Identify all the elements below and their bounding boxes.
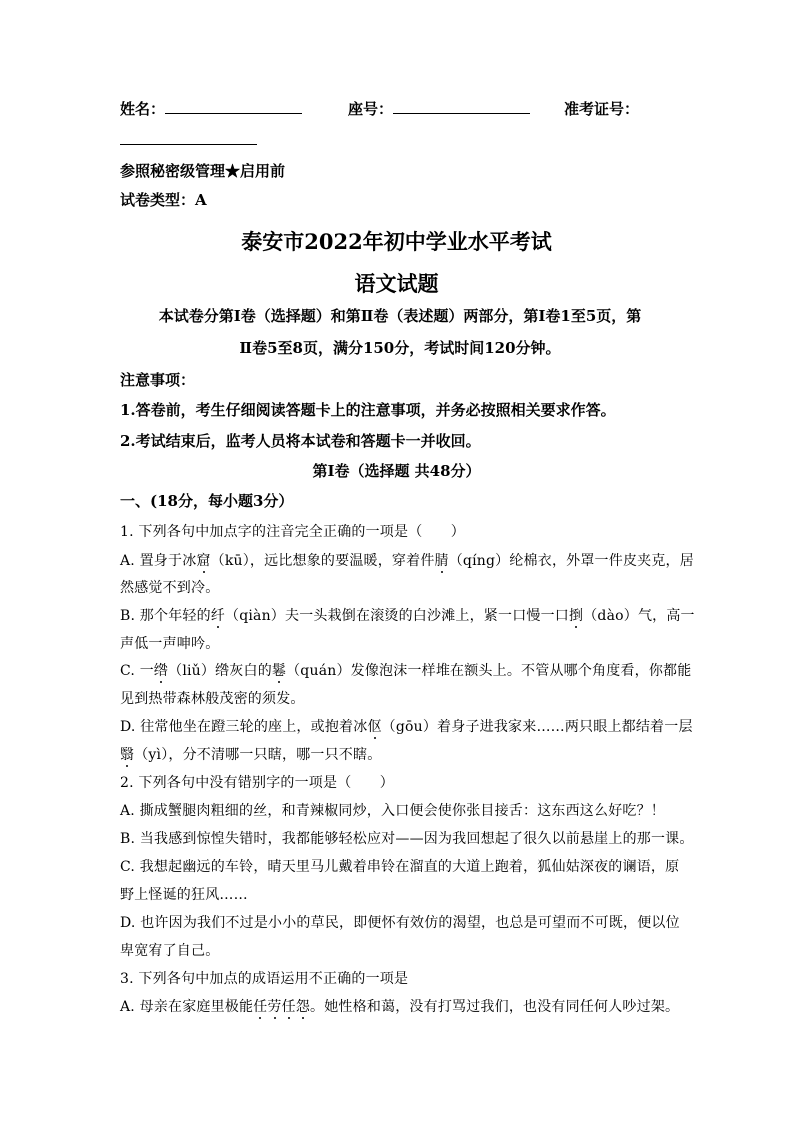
subject-title: 语文试题 [0, 268, 793, 298]
dotted-char: 腈 [435, 553, 449, 569]
text: B. 那个年轻的 [120, 608, 211, 624]
intro-line-2: Ⅱ卷5至8页，满分150分，考试时间120分钟。 [120, 337, 680, 358]
text: （liǔ）绺灰白的 [168, 663, 272, 679]
text: （quán）发像泡沫一样堆在额头上。不管从哪个角度看，你都能 [286, 663, 691, 679]
dotted-char: 翳 [120, 747, 134, 763]
text: 。她性格和蔼，没有打骂过我们，也没有同任何人吵过架。 [310, 999, 679, 1015]
intro-line-1: 本试卷分第Ⅰ卷（选择题）和第Ⅱ卷（表述题）两部分，第Ⅰ卷1至5页，第 [120, 305, 680, 326]
name-blank[interactable] [165, 99, 302, 114]
exam-id-row [120, 130, 257, 149]
seat-label: 座号： [348, 100, 393, 118]
text: A. 置身于冰 [120, 553, 196, 569]
question-3-stem: 3. 下列各句中加点的成语运用不正确的一项是 [120, 968, 408, 988]
dotted-char: 任 [282, 999, 296, 1015]
notice-item-2: 2.考试结束后，监考人员将本试卷和答题卡一并收回。 [120, 430, 481, 451]
text: （kū），远比想象的要温暖，穿着件 [211, 553, 435, 569]
exam-page: 姓名：座号：准考证号： 参照秘密级管理★启用前 试卷类型：A 泰安市2022年初… [0, 0, 793, 1122]
question-1-option-b-cont: 声低一声呻吟。 [120, 633, 219, 653]
dotted-char: 伛 [367, 719, 381, 735]
question-2-option-c-cont: 野上怪诞的狂风…… [120, 884, 248, 904]
student-info-row: 姓名：座号：准考证号： [120, 98, 639, 119]
question-2-option-b: B. 当我感到惊惶失错时，我都能够轻松应对——因为我回想起了很久以前悬崖上的那一… [120, 828, 694, 848]
question-2-stem: 2. 下列各句中没有错别字的一项是（ ） [120, 772, 394, 792]
question-2-option-a: A. 撕成蟹腿肉粗细的丝，和青辣椒同炒，入口便会使你张目接舌：这东西这么好吃？！ [120, 800, 665, 820]
dotted-char: 怨 [296, 999, 310, 1015]
exam-id-label: 准考证号： [564, 100, 639, 118]
notice-item-1: 1.答卷前，考生仔细阅读答题卡上的注意事项，并务必按照相关要求作答。 [120, 399, 616, 420]
dotted-char: 窟 [196, 553, 210, 569]
text: （qíng）纶棉衣，外罩一件皮夹克，居 [449, 553, 694, 569]
notice-heading: 注意事项： [120, 369, 195, 390]
paper-type: 试卷类型：A [120, 189, 207, 210]
question-2-option-d: D. 也许因为我们不过是小小的草民，即便怀有效仿的渴望，也总是可望而不可既，便以… [120, 912, 680, 932]
question-2-option-d-cont: 卑宽宥了自己。 [120, 940, 219, 960]
text: （dào）气，高一 [583, 608, 695, 624]
question-1-option-d-cont: 翳（yì），分不清哪一只瞎，哪一只不瞎。 [120, 744, 381, 764]
seat-blank[interactable] [393, 99, 530, 114]
exam-id-blank[interactable] [120, 130, 257, 145]
question-1-option-a-cont: 然感觉不到冷。 [120, 577, 219, 597]
part-one-heading: 一、(18分，每小题3分） [120, 490, 293, 511]
text: （qiàn）夫一头栽倒在滚烫的白沙滩上，紧一口慢一口 [225, 608, 569, 624]
text: C. 一 [120, 663, 154, 679]
text: （gōu）着身子进我家来……两只眼上都结着一层 [382, 719, 693, 735]
exam-title: 泰安市2022年初中学业水平考试 [0, 226, 793, 256]
dotted-char: 鬈 [272, 663, 286, 679]
question-1-option-d: D. 往常他坐在蹬三轮的座上，或抱着冰伛（gōu）着身子进我家来……两只眼上都结… [120, 716, 693, 736]
dotted-char: 绺 [154, 663, 168, 679]
question-1-option-a: A. 置身于冰窟（kū），远比想象的要温暖，穿着件腈（qíng）纶棉衣，外罩一件… [120, 550, 694, 570]
text: D. 往常他坐在蹬三轮的座上，或抱着冰 [120, 719, 367, 735]
dotted-char: 劳 [267, 999, 281, 1015]
section-heading: 第Ⅰ卷（选择题 共48分） [0, 460, 793, 481]
question-2-option-c: C. 我想起幽远的车铃，晴天里马儿戴着串铃在溜直的大道上跑着，狐仙姑深夜的谰语，… [120, 856, 679, 876]
dotted-char: 任 [253, 999, 267, 1015]
dotted-char: 纤 [211, 608, 225, 624]
text: A. 母亲在家庭里极能 [120, 999, 253, 1015]
question-1-stem: 1. 下列各句中加点字的注音完全正确的一项是（ ） [120, 521, 465, 541]
question-3-option-a: A. 母亲在家庭里极能任劳任怨。她性格和蔼，没有打骂过我们，也没有同任何人吵过架… [120, 996, 679, 1016]
question-1-option-c-cont: 见到热带森林般茂密的须发。 [120, 688, 305, 708]
text: （yì），分不清哪一只瞎，哪一只不瞎。 [134, 747, 381, 763]
name-label: 姓名： [120, 100, 165, 118]
question-1-option-b: B. 那个年轻的纤（qiàn）夫一头栽倒在滚烫的白沙滩上，紧一口慢一口捯（dào… [120, 605, 695, 625]
dotted-char: 捯 [569, 608, 583, 624]
secrecy-label: 参照秘密级管理★启用前 [120, 160, 285, 181]
question-1-option-c: C. 一绺（liǔ）绺灰白的鬈（quán）发像泡沫一样堆在额头上。不管从哪个角度… [120, 660, 691, 680]
